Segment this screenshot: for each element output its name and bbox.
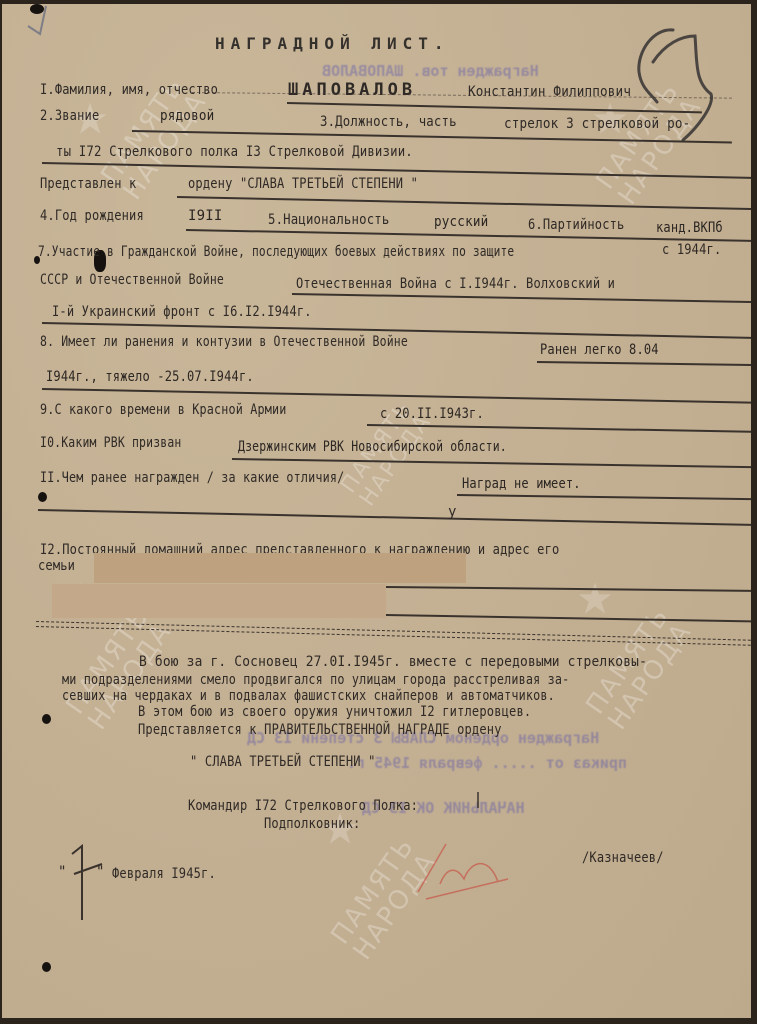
narrative-line: ми подразделениями смело продвигался по … [62,672,569,688]
underline [292,293,751,303]
field-value-unit: ты I72 Стрелкового полка I3 Стрелковой Д… [56,144,413,160]
signatory-rank: Подполковник: [264,816,360,832]
field-value-wounds-b: I944г., тяжело -25.07.I944г. [46,369,254,385]
field-label-name: I.Фамилия, имя, отчество [40,82,218,98]
field-label-participation-b: СССР и Отечественной Войне [40,272,224,288]
narrative-award: " СЛАВА ТРЕТЬЕЙ СТЕПЕНИ " [190,754,376,770]
field-label-presented: Представлен к [40,176,136,192]
field-value-presented: ордену "СЛАВА ТРЕТЬЕЙ СТЕПЕНИ " [188,176,418,192]
date-month-year: Февраля I945г. [112,866,216,882]
field-value-given-names: Константин Филиппович [468,84,631,100]
field-label-wounds: 8. Имеет ли ранения и контузии в Отечест… [40,334,408,350]
field-value-nationality: русский [434,214,488,230]
signature-icon [378,774,518,914]
date-quote-open: " [58,864,67,880]
underline [232,458,751,468]
punch-hole [42,962,51,972]
punch-hole [42,714,51,724]
narrative-line: Представляется к ПРАВИТЕЛЬСТВЕННОЙ НАГРА… [138,722,502,738]
bleed-through-stamp: Награжден тов. ШАПОВАЛОВ [322,62,539,80]
field-label-family: семьи [38,558,75,574]
form-rule [38,509,751,526]
bleed-through-stamp: приказ от ..... февраля 1945 г. [347,754,627,772]
signatory-position: Командир I72 Стрелкового Полка: [188,798,418,814]
field-value-draft-office: Дзержинским РВК Новосибирской области. [238,439,507,455]
field-label-participation: 7.Участие в Гражданской Войне, последующ… [38,244,514,260]
punch-hole [38,492,47,502]
underline [177,196,751,210]
field-label-prior-awards: II.Чем ранее награжден / за какие отличи… [40,470,344,486]
field-label-rank: 2.Звание [40,108,99,124]
field-label-draft-office: I0.Каким РВК призван [40,435,182,451]
field-label-party: 6.Партийность [528,217,624,233]
field-value-prior-awards: Наград не имеет. [462,476,581,492]
form-rule [386,586,751,592]
field-value-birth-year: I9II [188,208,223,224]
watermark-star-icon: ★ [577,564,613,624]
field-value-service-since: с 20.II.I943г. [380,406,484,422]
field-label-nationality: 5.Национальность [268,212,389,228]
field-label-service-since: 9.С какого времени в Красной Армии [40,402,286,418]
narrative-line: В бою за г. Сосновец 27.0I.I945г. вместе… [139,654,647,670]
field-value-party: канд.ВКПб [656,220,723,236]
form-rule [386,614,751,622]
narrative-line: севших на чердаках и в подвалах фашистск… [62,688,555,704]
redacted-address [94,553,466,583]
field-value-participation-inline: с 1944г. [662,242,721,258]
underline [457,494,751,500]
field-label-position: 3.Должность, часть [320,114,457,130]
page-title: НАГРАДНОЙ ЛИСТ. [215,34,450,53]
field-value-wounds: Ранен легко 8.04 [540,342,659,358]
field-value-surname: ШАПОВАЛОВ [288,80,416,100]
signatory-name: /Казначеев/ [582,850,664,866]
award-sheet: ★ ПАМЯТЬНАРОДА ★ ПАМЯТЬНАРОДА ПАМЯТЬНАРО… [2,4,751,1018]
field-value-participation-b: I-й Украинский фронт с I6.I2.I944г. [52,304,312,320]
field-mark: у [448,504,457,520]
handwritten-day-icon [62,844,122,924]
date-quote-close: " [96,864,105,880]
field-label-birth-year: 4.Год рождения [40,208,144,224]
ink-blot [30,4,44,14]
underline [537,361,751,366]
narrative-line: В этом бою из своего оружия уничтожил I2… [138,704,531,720]
redacted-address [52,584,386,618]
field-value-rank: рядовой [160,108,214,124]
field-value-position: стрелок 3 стрелковой ро- [504,116,690,132]
field-value-participation: Отечественная Война с I.I944г. Волховски… [296,276,615,292]
